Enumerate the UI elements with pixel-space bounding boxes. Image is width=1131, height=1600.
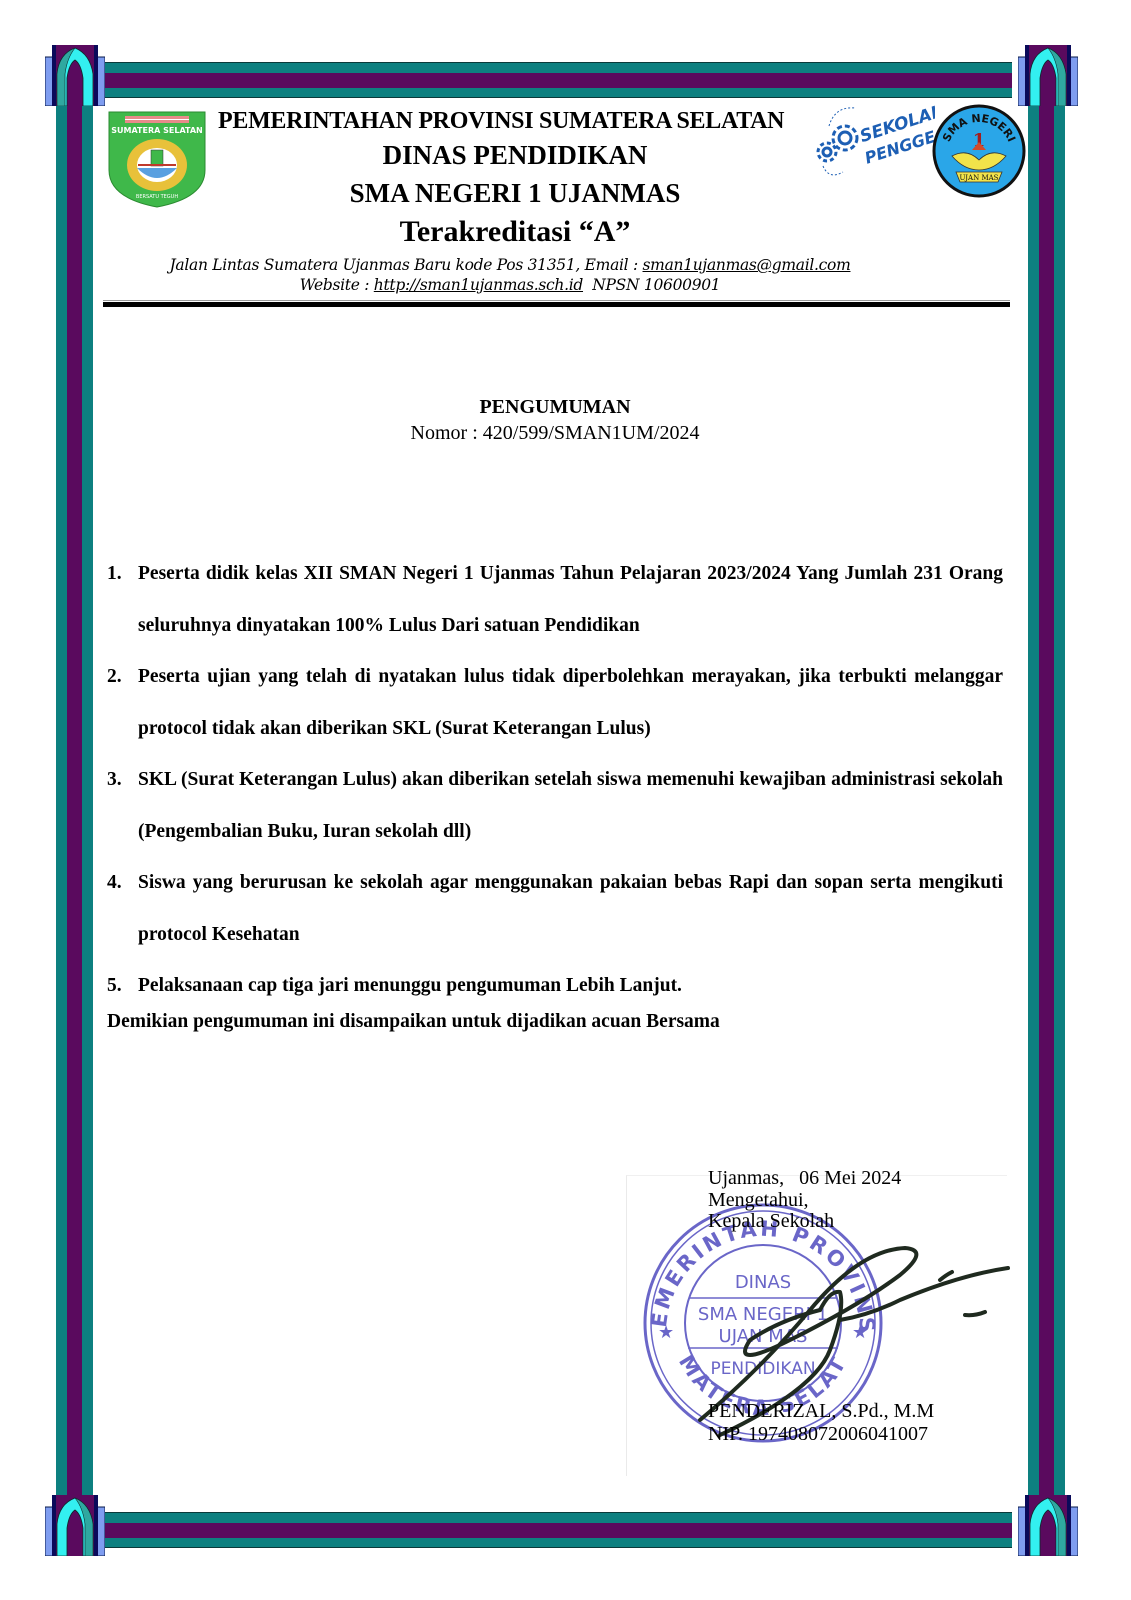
arch-ornament-icon xyxy=(1018,44,1078,106)
emblem-top-text: SUMATERA SELATAN xyxy=(111,126,202,135)
emblem-motto: BERSATU TEGUH xyxy=(136,194,178,200)
website-link[interactable]: http://sman1ujanmas.sch.id xyxy=(374,276,583,294)
announcement-item: 2. Peserta ujian yang telah di nyatakan … xyxy=(107,651,1003,754)
item-number: 3. xyxy=(107,754,122,806)
closing-statement: Demikian pengumuman ini disampaikan untu… xyxy=(107,1011,720,1033)
frame-left-bar xyxy=(56,100,93,1500)
item-text: Peserta didik kelas XII SMAN Negeri 1 Uj… xyxy=(138,548,1003,651)
header-school-name: SMA NEGERI 1 UJANMAS xyxy=(205,178,825,209)
announcement-item: 1. Peserta didik kelas XII SMAN Negeri 1… xyxy=(107,548,1003,651)
announcement-list: 1. Peserta didik kelas XII SMAN Negeri 1… xyxy=(107,548,1003,1012)
announcement-item: 5. Pelaksanaan cap tiga jari menunggu pe… xyxy=(107,960,1003,1012)
item-text: Siswa yang berurusan ke sekolah agar men… xyxy=(138,857,1003,960)
header-divider xyxy=(103,302,1010,307)
header-accreditation: Terakreditasi “A” xyxy=(205,215,825,249)
header-divider-thin xyxy=(103,300,1010,301)
announcement-item: 4. Siswa yang berurusan ke sekolah agar … xyxy=(107,857,1003,960)
email-link[interactable]: sman1ujanmas@gmail.com xyxy=(643,256,851,274)
document-title: PENGUMUMAN xyxy=(0,396,1110,419)
frame-corner-bottom-left xyxy=(45,1494,105,1556)
website-label: Website : xyxy=(300,276,374,294)
signatory-name: PENDERIZAL, S.Pd., M.M xyxy=(708,1401,934,1422)
header-address-line: Jalan Lintas Sumatera Ujanmas Baru kode … xyxy=(150,256,870,274)
frame-corner-top-left xyxy=(45,44,105,106)
address-text: Jalan Lintas Sumatera Ujanmas Baru kode … xyxy=(170,256,643,274)
arch-ornament-icon xyxy=(45,1494,105,1556)
item-number: 4. xyxy=(107,857,122,909)
frame-top-bar xyxy=(100,62,1012,98)
item-number: 2. xyxy=(107,651,122,703)
header-department: DINAS PENDIDIKAN xyxy=(205,140,825,171)
frame-right-bar xyxy=(1028,100,1065,1500)
header-province: PEMERINTAHAN PROVINSI SUMATERA SELATAN xyxy=(218,108,818,135)
sekolah-penggerak-logo: SEKOLAH PENGGERAK xyxy=(815,100,935,190)
sumatera-selatan-emblem: SUMATERA SELATAN BERSATU TEGUH xyxy=(107,110,207,208)
sma-negeri-1-ujan-mas-logo: SMA NEGERI 1 UJAN MAS xyxy=(932,104,1026,198)
item-text: Peserta ujian yang telah di nyatakan lul… xyxy=(138,651,1003,754)
announcement-item: 3. SKL (Surat Keterangan Lulus) akan dib… xyxy=(107,754,1003,857)
frame-bottom-bar xyxy=(100,1512,1012,1548)
logo-ribbon-text: UJAN MAS xyxy=(960,174,999,182)
signature-place-date: Ujanmas, 06 Mei 2024 xyxy=(708,1168,901,1189)
npsn-text: NPSN 10600901 xyxy=(592,276,720,294)
arch-ornament-icon xyxy=(45,44,105,106)
frame-corner-top-right xyxy=(1018,44,1078,106)
arch-ornament-icon xyxy=(1018,1494,1078,1556)
item-number: 5. xyxy=(107,960,122,1012)
item-text: SKL (Surat Keterangan Lulus) akan diberi… xyxy=(138,754,1003,857)
signature-acknowledged: Mengetahui, xyxy=(708,1190,809,1211)
item-number: 1. xyxy=(107,548,122,600)
header-website-line: Website : http://sman1ujanmas.sch.id NPS… xyxy=(150,276,870,294)
frame-corner-bottom-right xyxy=(1018,1494,1078,1556)
document-number: Nomor : 420/599/SMAN1UM/2024 xyxy=(0,422,1110,445)
signatory-nip: NIP. 197408072006041007 xyxy=(708,1424,928,1445)
item-text: Pelaksanaan cap tiga jari menunggu pengu… xyxy=(138,960,1003,1012)
